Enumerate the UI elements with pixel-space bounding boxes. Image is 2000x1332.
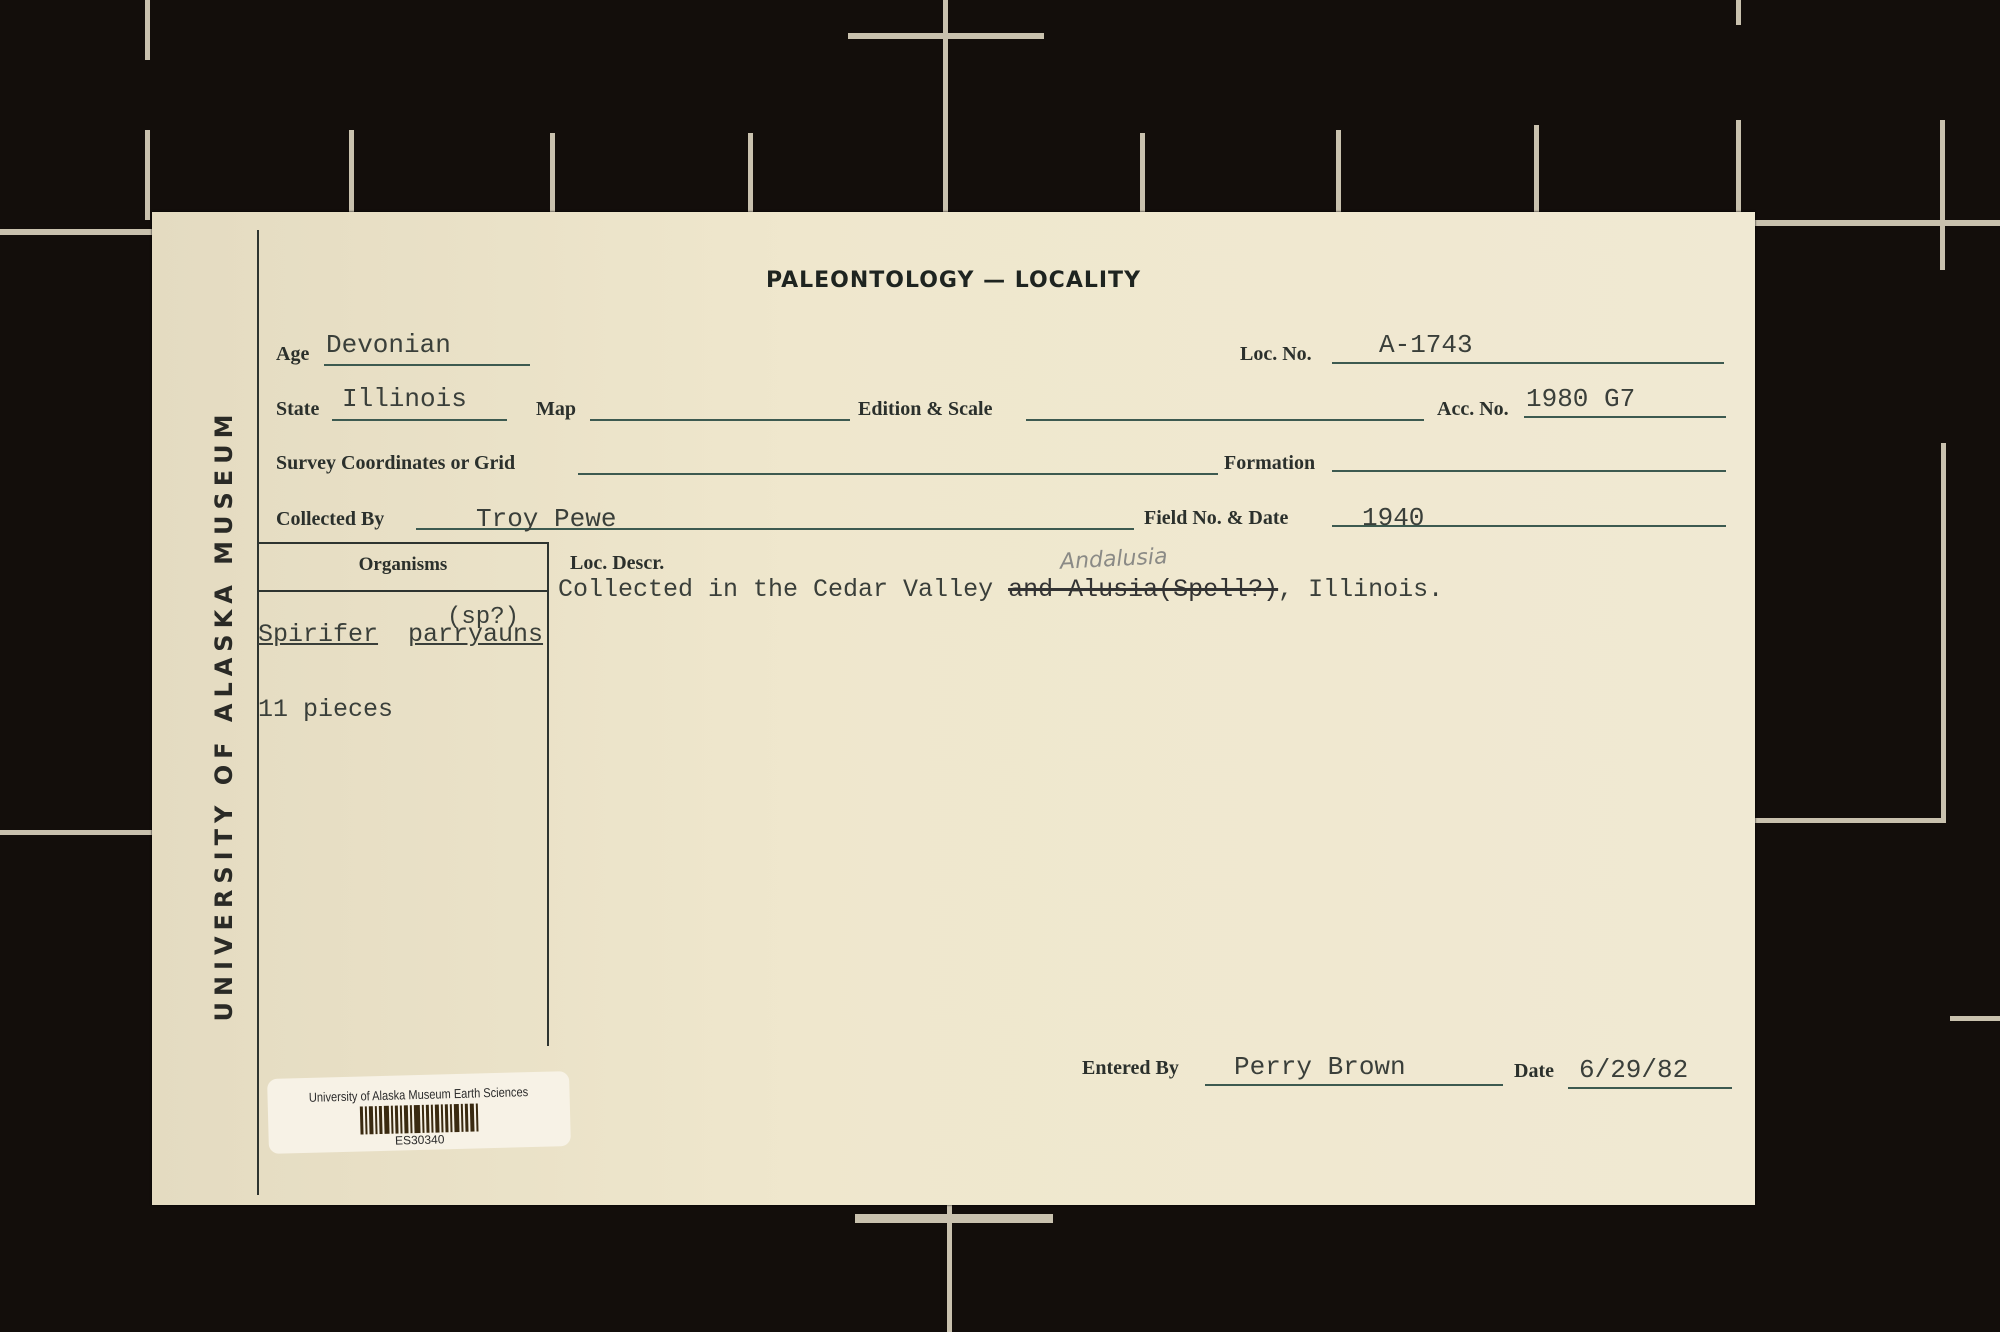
grid-line [947, 1205, 952, 1332]
card-title: PALEONTOLOGY — LOCALITY [152, 268, 1755, 293]
grid-line [1736, 120, 1741, 215]
entered-by-line [1205, 1084, 1503, 1086]
age-value: Devonian [326, 330, 451, 360]
loc-descr-text: Collected in the Cedar Valley and Alusia… [558, 575, 1443, 604]
organism-genus: Spirifer [258, 620, 378, 649]
grid-line [1940, 120, 1945, 270]
loc-no-label: Loc. No. [1240, 343, 1312, 366]
grid-line [848, 33, 1044, 39]
organism-species: parryauns [408, 620, 543, 649]
grid-line [1755, 220, 2000, 226]
survey-line [578, 473, 1218, 475]
organisms-header: Organisms [257, 554, 549, 576]
grid-line [145, 0, 150, 60]
map-line [590, 419, 850, 421]
loc-no-value: A-1743 [1379, 330, 1473, 360]
field-no-date-label: Field No. & Date [1144, 507, 1288, 530]
entered-by-label: Entered By [1082, 1057, 1179, 1080]
acc-no-line [1524, 416, 1726, 418]
collected-by-label: Collected By [276, 508, 384, 531]
struck-text: and Alusia(Spell?) [1008, 575, 1278, 604]
edition-scale-line [1026, 419, 1424, 421]
entered-by-value: Perry Brown [1234, 1052, 1406, 1082]
formation-line [1332, 470, 1726, 472]
collected-by-value: Troy Pewe [476, 504, 616, 534]
grid-line [0, 229, 152, 235]
age-label: Age [276, 343, 309, 366]
grid-line [855, 1214, 1053, 1223]
grid-line [748, 133, 753, 215]
age-line [324, 364, 530, 366]
grid-line [1140, 133, 1145, 215]
loc-descr-label: Loc. Descr. [570, 552, 664, 575]
loc-no-line [1332, 362, 1724, 364]
grid-line [1736, 0, 1741, 25]
grid-line [349, 130, 354, 215]
grid-line [1336, 130, 1341, 215]
barcode-label: University of Alaska Museum Earth Scienc… [267, 1071, 571, 1154]
edition-scale-label: Edition & Scale [858, 398, 992, 421]
state-value: Illinois [342, 384, 467, 414]
map-label: Map [536, 398, 576, 421]
grid-line [1950, 1016, 2000, 1021]
grid-line [0, 830, 152, 835]
organism-count: 11 pieces [258, 695, 393, 724]
date-value: 6/29/82 [1579, 1055, 1688, 1085]
organisms-header-divider [257, 590, 549, 592]
date-line [1568, 1087, 1732, 1089]
formation-label: Formation [1224, 452, 1315, 475]
survey-label: Survey Coordinates or Grid [276, 452, 515, 475]
date-label: Date [1514, 1060, 1554, 1083]
state-label: State [276, 398, 319, 421]
handwritten-correction: Andalusia [1059, 544, 1168, 575]
side-text: UNIVERSITY OF ALASKA MUSEUM [204, 370, 244, 1060]
acc-no-label: Acc. No. [1437, 398, 1509, 421]
grid-line [145, 130, 150, 220]
state-line [332, 419, 507, 421]
grid-line [550, 133, 555, 215]
grid-line [1941, 443, 1946, 823]
field-no-date-value: 1940 [1362, 503, 1424, 533]
grid-line [1755, 818, 1946, 823]
acc-no-value: 1980 G7 [1526, 384, 1635, 414]
locality-card: PALEONTOLOGY — LOCALITY UNIVERSITY OF AL… [152, 212, 1755, 1205]
grid-line [1534, 125, 1539, 215]
